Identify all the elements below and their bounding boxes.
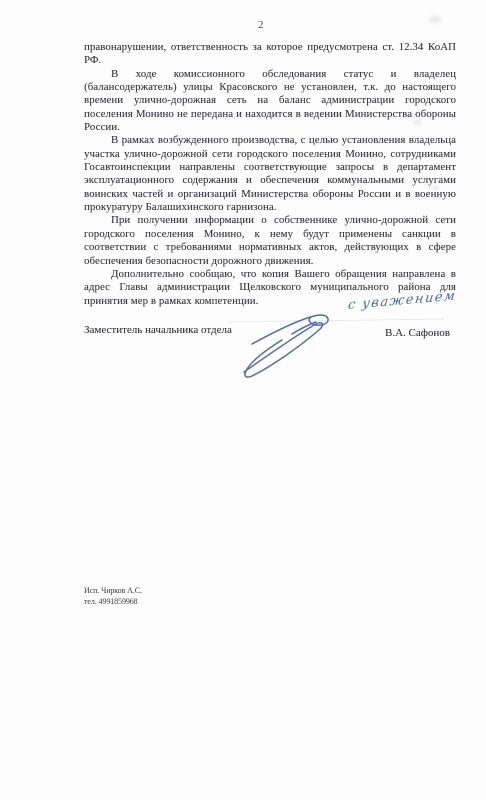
signatory-name: В.А. Сафонов [385,327,450,339]
signatory-title: Заместитель начальника отдела [84,324,232,336]
handwritten-signature [236,304,336,384]
phone-line: тел. 4991859968 [84,597,142,608]
page-number: 2 [258,19,264,31]
scanned-letter-page: 2 правонарушении, ответственность за кот… [0,0,486,800]
footer-block: Исп. Чирков А.С. тел. 4991859968 [84,586,142,607]
scan-smudge [425,13,445,26]
paragraph-continuation: правонарушении, ответственность за котор… [84,41,456,68]
paragraph: В ходе комиссионного обследования статус… [84,68,456,135]
paragraph: В рамках возбужденного производства, с ц… [84,134,456,214]
letter-body: правонарушении, ответственность за котор… [84,41,456,308]
paragraph: При получении информации о собственнике … [84,214,456,267]
executor-line: Исп. Чирков А.С. [84,586,142,597]
